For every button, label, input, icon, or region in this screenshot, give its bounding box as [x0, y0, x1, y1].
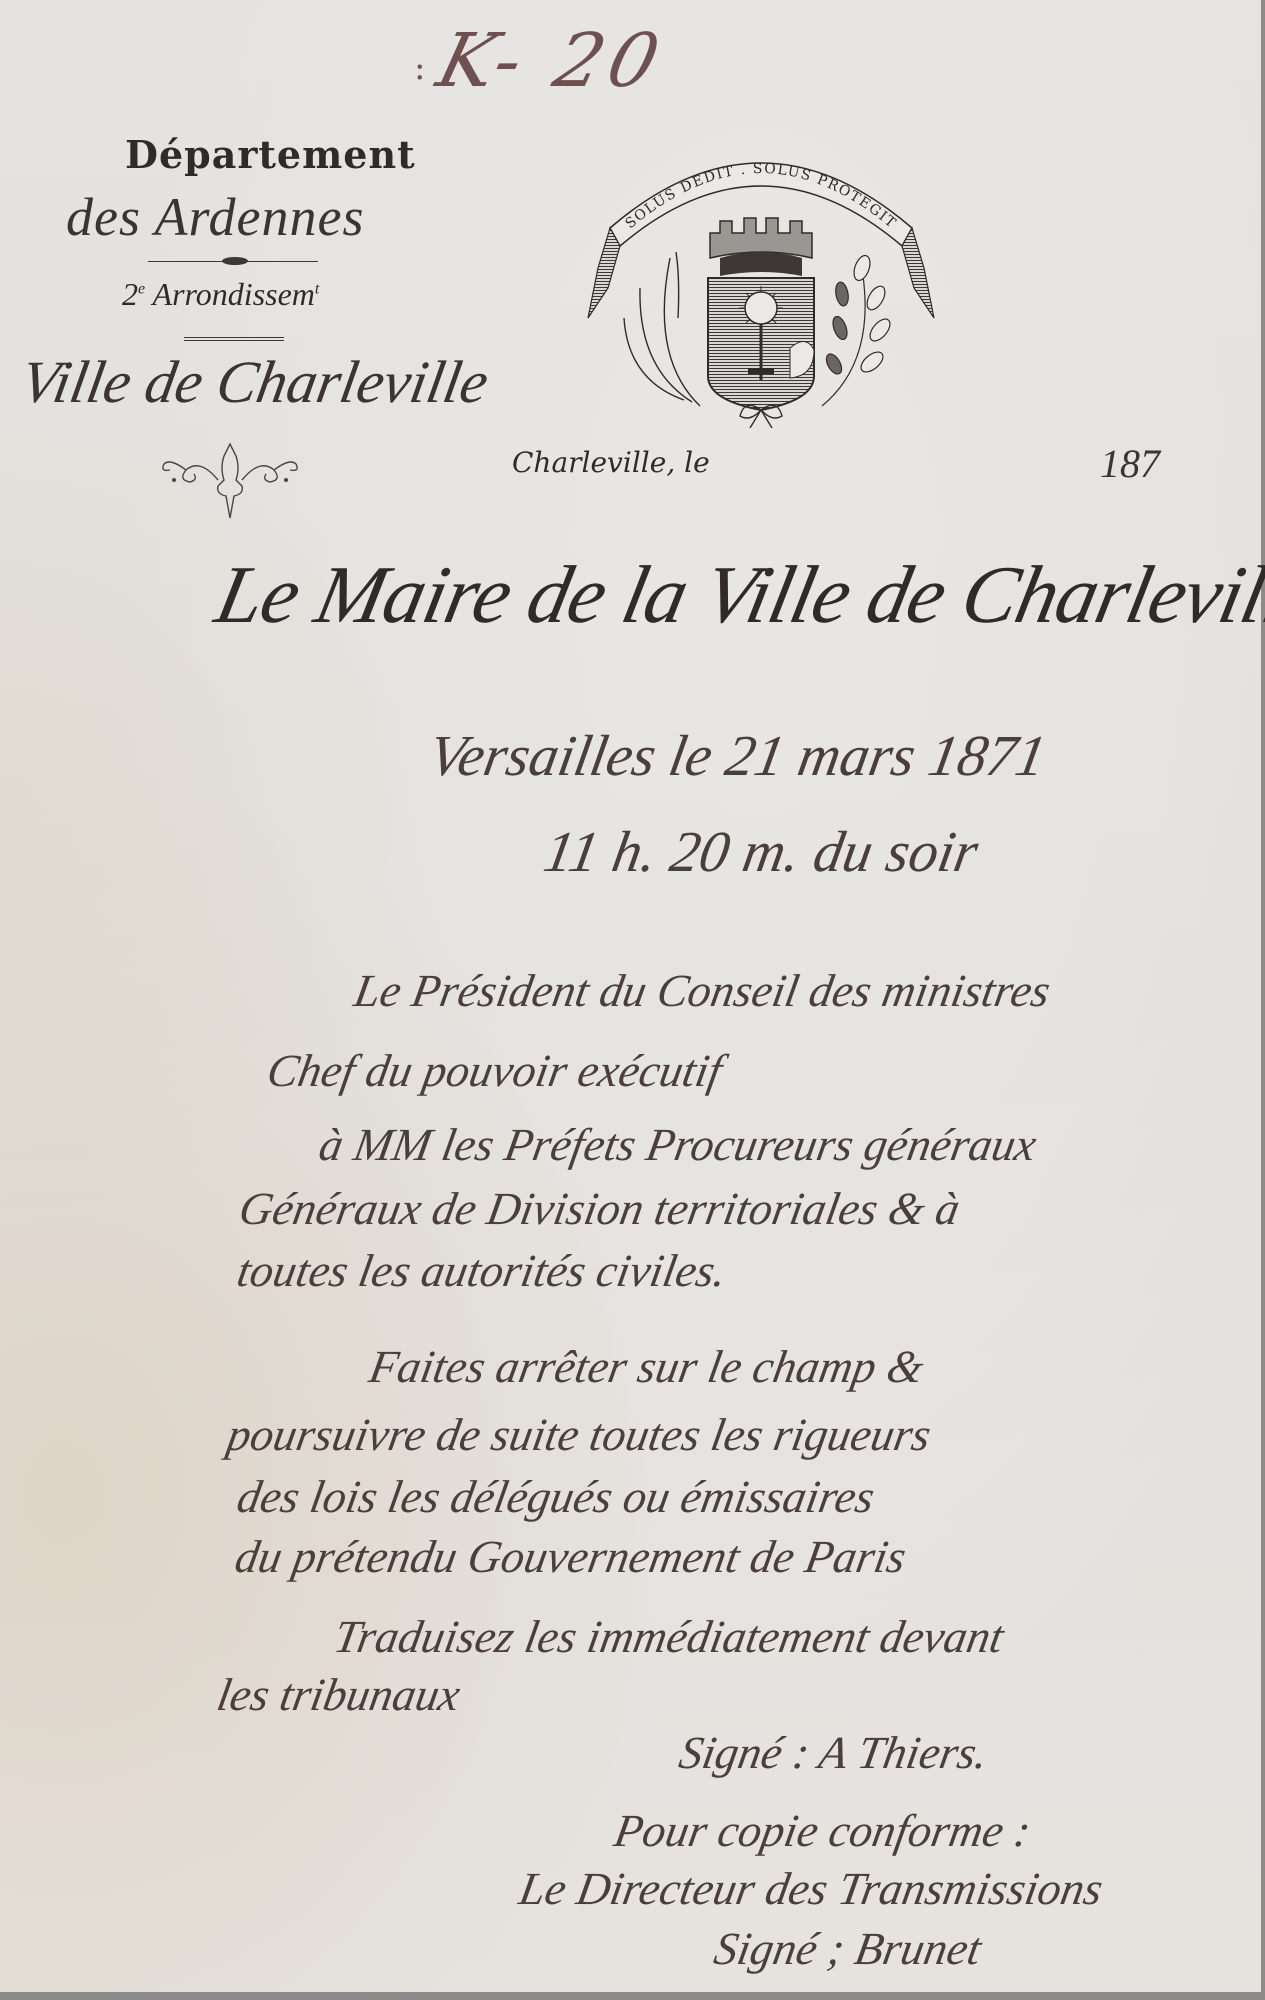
handwritten-dateline: Versailles le 21 mars 1871 — [424, 722, 1051, 789]
thiers-signature: Signé : A Thiers. — [675, 1726, 992, 1779]
arrondissement-label: Arrondissem — [153, 276, 315, 312]
letterhead-city: Ville de Charleville — [16, 348, 494, 417]
letterhead-department-name: des Ardennes — [66, 186, 364, 248]
coat-of-arms-icon: SOLUS DEDIT . SOLUS PROTEGIT — [580, 118, 942, 428]
printed-place-date: Charleville, le — [512, 446, 710, 479]
handwritten-time: 11 h. 20 m. du soir — [539, 818, 983, 885]
arrondissement-ordinal: e — [138, 280, 145, 297]
letter-line: Généraux de Division territoriales & à — [235, 1182, 964, 1235]
letterhead-title: Le Maire de la Ville de Charleville — [208, 548, 1265, 642]
letter-line: Traduisez les immédiatement devant — [330, 1610, 1008, 1663]
letter-line: Faites arrêter sur le champ & — [365, 1340, 928, 1393]
certification-line: Pour copie conforme : — [610, 1804, 1035, 1857]
letter-line: du prétendu Gouvernement de Paris — [231, 1530, 910, 1583]
archive-reference-mark: K- 20 — [429, 18, 673, 104]
letterhead-department: Département — [125, 132, 416, 177]
printed-year-prefix: 187 — [1100, 440, 1160, 487]
letter-line: Chef du pouvoir exécutif — [263, 1044, 726, 1097]
arrondissement-abbrev: t — [315, 280, 319, 297]
double-rule — [184, 337, 284, 341]
letter-line: toutes les autorités civiles. — [233, 1244, 730, 1297]
svg-text:SOLUS DEDIT . SOLUS PROTEGIT: SOLUS DEDIT . SOLUS PROTEGIT — [622, 161, 899, 232]
letter-line: Le Président du Conseil des ministres — [350, 964, 1054, 1017]
letter-line: des lois les délégués ou émissaires — [233, 1470, 878, 1523]
letterhead-arrondissement: 2e Arrondissemt — [122, 276, 319, 313]
director-signature: Signé ; Brunet — [710, 1922, 985, 1975]
letter-page: : K- 20 Département des Ardennes 2e Arro… — [0, 0, 1261, 1992]
director-line: Le Directeur des Transmissions — [515, 1862, 1107, 1915]
letter-line: poursuivre de suite toutes les rigueurs — [223, 1408, 935, 1461]
ornamental-rule-center — [222, 257, 248, 265]
letter-line: les tribunaux — [213, 1668, 464, 1721]
fleuron-ornament-icon — [160, 440, 300, 520]
arrondissement-number: 2 — [122, 276, 138, 312]
archive-mark-dots: : — [414, 48, 425, 88]
letter-line: à MM les Préfets Procureurs généraux — [315, 1118, 1040, 1171]
